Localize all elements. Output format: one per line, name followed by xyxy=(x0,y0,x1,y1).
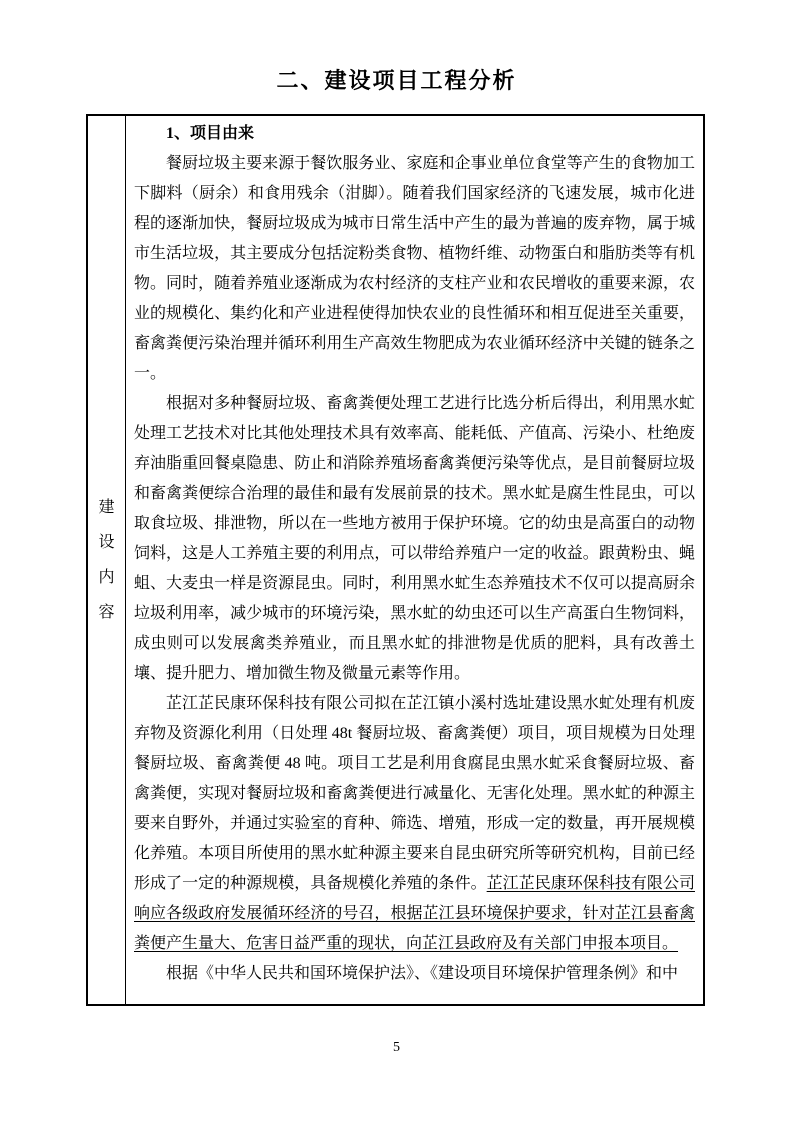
page-title: 二、建设项目工程分析 xyxy=(0,64,793,95)
page-number: 5 xyxy=(0,1040,793,1056)
paragraph-text: 芷江芷民康环保科技有限公司拟在芷江镇小溪村选址建设黑水虻处理有机废弃物及资源化利… xyxy=(134,695,695,892)
table-row-header-cell: 建设内容 xyxy=(88,116,126,1004)
paragraph-project-origin-1: 餐厨垃圾主要来源于餐饮服务业、家庭和企事业单位食堂等产生的食物加工下脚料（厨余）… xyxy=(134,149,695,389)
paragraph-project-origin-2: 根据对多种餐厨垃圾、畜禽粪便处理工艺进行比选分析后得出，利用黑水虻处理工艺技术对… xyxy=(134,389,695,689)
section-heading: 1、项目由来 xyxy=(134,119,695,149)
table-content-cell: 1、项目由来 餐厨垃圾主要来源于餐饮服务业、家庭和企事业单位食堂等产生的食物加工… xyxy=(126,116,703,1004)
paragraph-text: 根据《中华人民共和国环境保护法》、《建设项目环境保护管理条例》和中 xyxy=(166,965,678,982)
paragraph-text: 餐厨垃圾主要来源于餐饮服务业、家庭和企事业单位食堂等产生的食物加工下脚料（厨余）… xyxy=(134,155,695,382)
content-table: 建设内容 1、项目由来 餐厨垃圾主要来源于餐饮服务业、家庭和企事业单位食堂等产生… xyxy=(86,114,705,1006)
row-label-vertical: 建设内容 xyxy=(98,490,115,630)
paragraph-project-origin-4: 根据《中华人民共和国环境保护法》、《建设项目环境保护管理条例》和中 xyxy=(134,959,695,989)
paragraph-text: 根据对多种餐厨垃圾、畜禽粪便处理工艺进行比选分析后得出，利用黑水虻处理工艺技术对… xyxy=(134,395,695,682)
document-page: 二、建设项目工程分析 建设内容 1、项目由来 餐厨垃圾主要来源于餐饮服务业、家庭… xyxy=(0,0,793,1122)
paragraph-project-origin-3: 芷江芷民康环保科技有限公司拟在芷江镇小溪村选址建设黑水虻处理有机废弃物及资源化利… xyxy=(134,689,695,959)
